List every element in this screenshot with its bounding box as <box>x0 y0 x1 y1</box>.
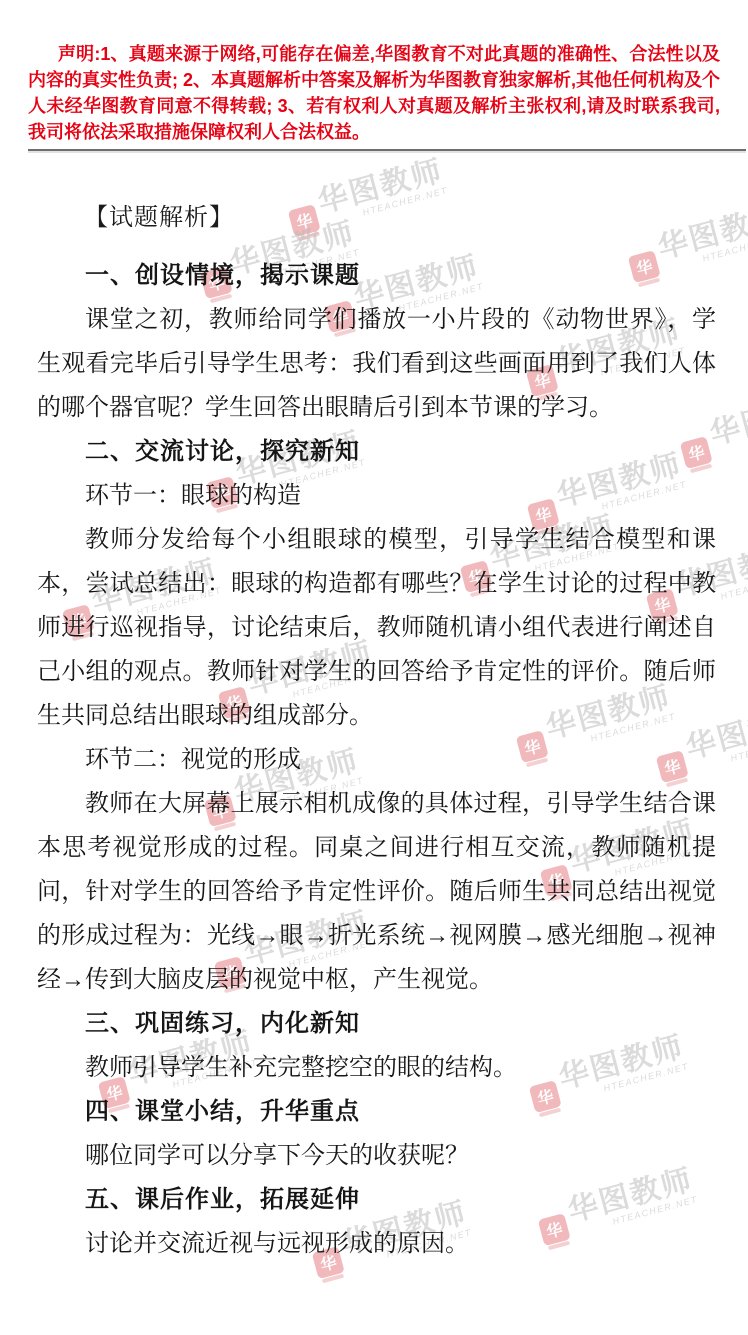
paragraph: 哪位同学可以分享下今天的收获呢？ <box>37 1134 716 1178</box>
section-heading: 二、交流讨论，探究新知 <box>37 430 716 474</box>
paragraph: 课堂之初，教师给同学们播放一小片段的《动物世界》，学生观看完毕后引导学生思考：我… <box>37 298 716 430</box>
section-divider <box>28 149 746 153</box>
disclaimer-text: 声明:1、真题来源于网络,可能存在偏差,华图教育不对此真题的准确性、合法性以及内… <box>0 0 748 145</box>
section-heading: 三、巩固练习，内化新知 <box>37 1002 716 1046</box>
paragraph: 教师在大屏幕上展示相机成像的具体过程，引导学生结合课本思考视觉形成的过程。同桌之… <box>37 782 716 1002</box>
section-heading: 五、课后作业，拓展延伸 <box>37 1178 716 1222</box>
paragraph: 教师引导学生补充完整挖空的眼的结构。 <box>37 1046 716 1090</box>
step-label: 环节二：视觉的形成 <box>37 738 716 782</box>
content-blocks: 一、创设情境，揭示课题课堂之初，教师给同学们播放一小片段的《动物世界》，学生观看… <box>0 254 748 1266</box>
document-page: 华华图教师HTEACHER.NET华华图教师HTEACHER.NET华华图教师H… <box>0 0 748 1335</box>
step-label: 环节一：眼球的构造 <box>37 474 716 518</box>
document-body: 声明:1、真题来源于网络,可能存在偏差,华图教育不对此真题的准确性、合法性以及内… <box>0 0 748 1266</box>
paragraph: 教师分发给每个小组眼球的模型，引导学生结合模型和课本，尝试总结出：眼球的构造都有… <box>37 518 716 738</box>
section-heading: 一、创设情境，揭示课题 <box>37 254 716 298</box>
page-title: 【试题解析】 <box>84 197 748 232</box>
huatu-logo-caption <box>321 1274 343 1284</box>
section-heading: 四、课堂小结，升华重点 <box>37 1090 716 1134</box>
paragraph: 讨论并交流近视与远视形成的原因。 <box>37 1222 716 1266</box>
